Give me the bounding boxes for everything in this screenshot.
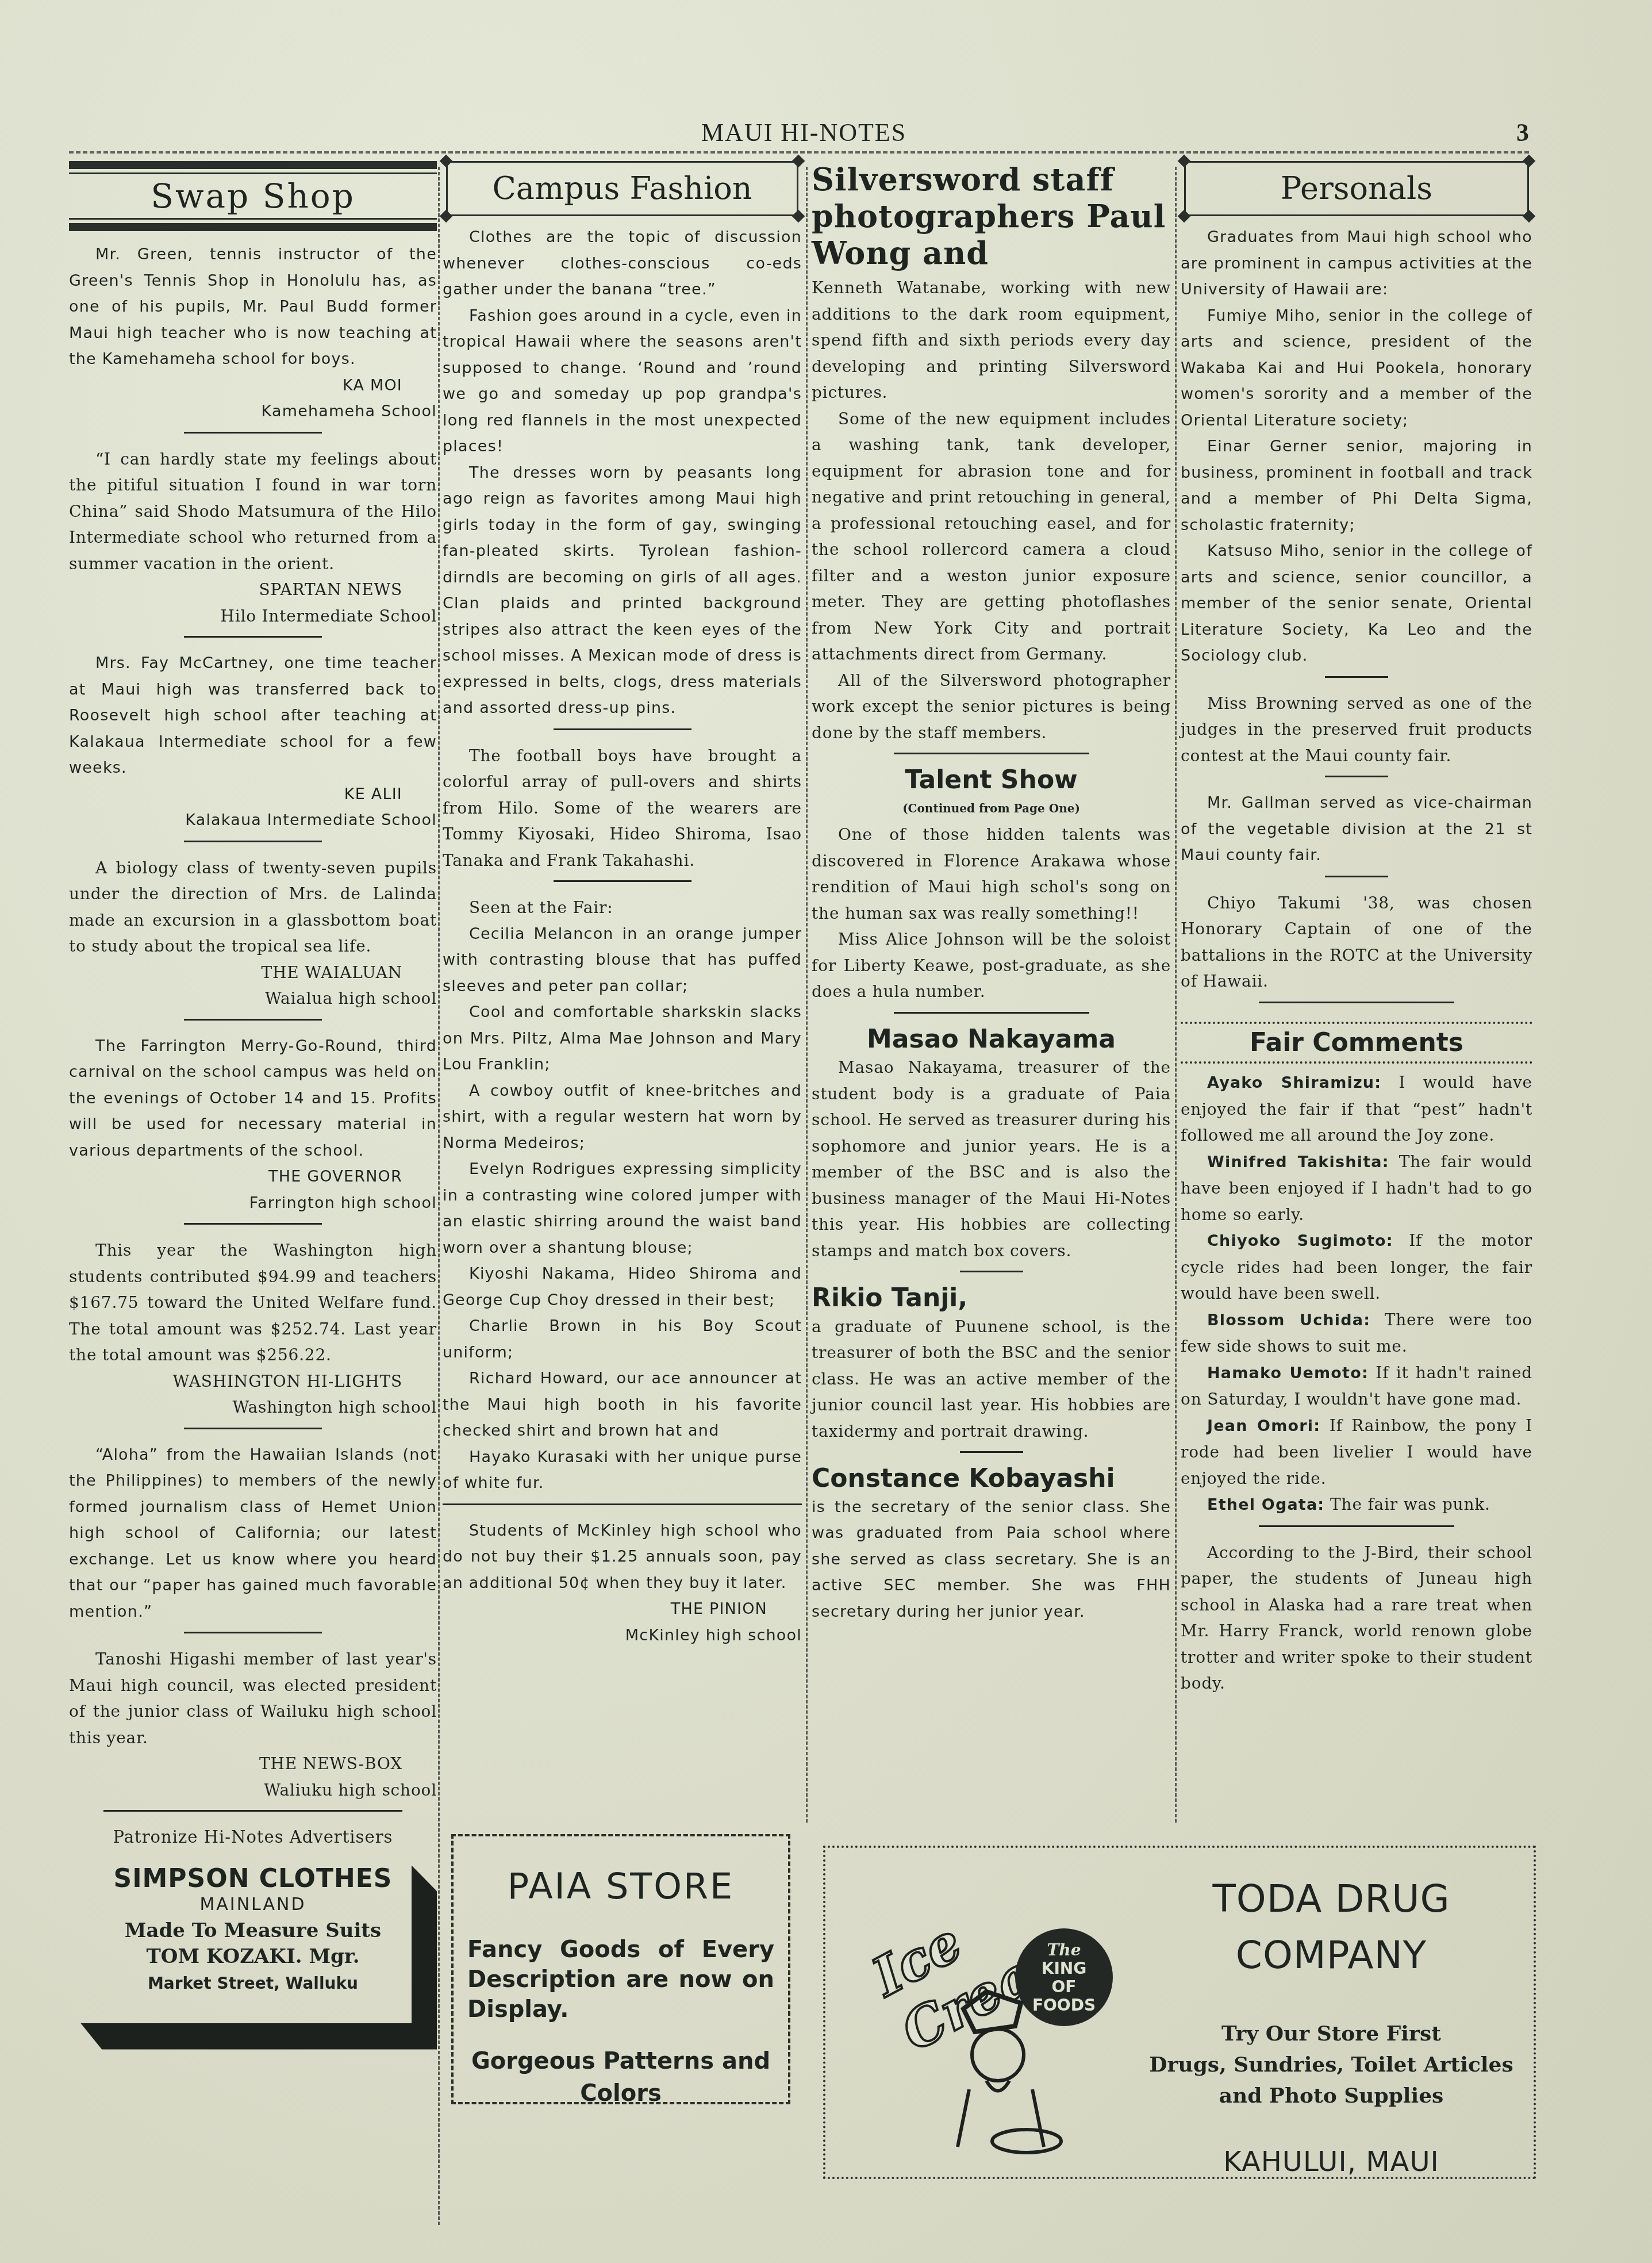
commenter-name: Jean Omori:: [1207, 1417, 1320, 1435]
source-school: McKinley high school: [443, 1623, 802, 1649]
article-paragraph: One of those hidden talents was discover…: [812, 822, 1171, 926]
divider: [1325, 676, 1388, 678]
article-paragraph: The football boys have brought a colorfu…: [443, 743, 802, 874]
fair-comment: Blossom Uchida: There were too few side …: [1181, 1307, 1532, 1360]
personal-item: Fumiye Miho, senior in the college of ar…: [1181, 303, 1532, 434]
divider: [443, 1503, 802, 1505]
paper-name: MAUI HI-NOTES: [701, 118, 906, 147]
personals-header: Personals: [1184, 161, 1529, 216]
source-publication: KE ALII: [69, 781, 437, 808]
personal-note: Chiyo Takumi '38, was chosen Honorary Ca…: [1181, 890, 1532, 995]
source-publication: THE PINION: [443, 1596, 802, 1623]
source-publication: THE NEWS-BOX: [69, 1751, 437, 1777]
ad-name: PAIA STORE: [467, 1865, 774, 1907]
personal-note: Miss Browning served as one of the judge…: [1181, 691, 1532, 769]
patronize-note: Patronize Hi-Notes Advertisers: [69, 1824, 437, 1851]
personal-item: Katsuso Miho, senior in the college of a…: [1181, 538, 1532, 669]
article-paragraph: All of the Silversword photographer work…: [812, 668, 1171, 746]
divider: [184, 1019, 322, 1021]
ad-name: TODA DRUG: [1147, 1871, 1515, 1927]
ad-decorative-bar: [80, 2023, 437, 2050]
swap-item-text: A biology class of twenty-seven pupils u…: [69, 855, 437, 960]
article-paragraph: According to the J-Bird, their school pa…: [1181, 1540, 1532, 1697]
divider: [184, 841, 322, 842]
ad-line: Fancy Goods of Every Description are now…: [467, 1935, 774, 2024]
fair-comment: Hamako Uemoto: If it hadn't rained on Sa…: [1181, 1360, 1532, 1413]
source-school: Hilo Intermediate School: [69, 603, 437, 630]
swap-item-text: “I can hardly state my feelings about th…: [69, 446, 437, 577]
source-publication: KA MOI: [69, 373, 437, 399]
masthead-rule: [69, 151, 1529, 154]
profile-name: Masao Nakayama: [812, 1026, 1171, 1053]
swap-item-text: Mr. Green, tennis instructor of the Gree…: [69, 241, 437, 373]
campus-fashion-header: Campus Fashion: [446, 161, 798, 216]
ad-line: Gorgeous Patterns and Colors: [467, 2045, 774, 2109]
seen-item: Richard Howard, our ace announcer at the…: [443, 1366, 802, 1444]
seen-item: A cowboy outfit of knee-britches and shi…: [443, 1078, 802, 1157]
article-paragraph: Graduates from Maui high school who are …: [1181, 224, 1532, 303]
divider: [894, 753, 1089, 754]
article-paragraph: The dresses worn by peasants long ago re…: [443, 460, 802, 722]
divider: [554, 880, 691, 882]
wavy-rule: [1181, 1016, 1532, 1024]
article-headline: Silversword staff photographers Paul Won…: [812, 161, 1171, 271]
section-title: Personals: [1186, 163, 1527, 214]
swap-shop-header: Swap Shop: [69, 161, 437, 231]
seen-item: Cecilia Melancon in an orange jumper wit…: [443, 921, 802, 1000]
ad-address: Market Street, Walluku: [69, 1970, 437, 1997]
source-school: Waialua high school: [69, 985, 437, 1012]
seen-item: Cool and comfortable sharkskin slacks on…: [443, 999, 802, 1078]
profile-text: Masao Nakayama, treasurer of the student…: [812, 1054, 1171, 1264]
fair-comments-list: Ayako Shiramizu: I would have enjoyed th…: [1181, 1069, 1532, 1518]
section-title: Fair Comments: [1181, 1030, 1532, 1056]
seen-at-fair-list: Cecilia Melancon in an orange jumper wit…: [443, 921, 802, 1497]
source-school: Kamehameha School: [69, 398, 437, 425]
divider: [103, 1810, 402, 1812]
section-title: Campus Fashion: [448, 163, 797, 214]
column-divider: [438, 167, 440, 2225]
commenter-name: Ayako Shiramizu:: [1207, 1074, 1381, 1092]
seen-item: Charlie Brown in his Boy Scout uniform;: [443, 1313, 802, 1366]
fair-comment: Chiyoko Sugimoto: If the motor cycle rid…: [1181, 1228, 1532, 1307]
column-campus-fashion: Campus Fashion Clothes are the topic of …: [443, 161, 802, 1648]
divider: [184, 636, 322, 638]
divider: [554, 728, 691, 730]
seen-intro: Seen at the Fair:: [443, 895, 802, 921]
divider: [1325, 876, 1388, 877]
fair-comment: Ayako Shiramizu: I would have enjoyed th…: [1181, 1069, 1532, 1149]
personal-item: Einar Gerner senior, majoring in busines…: [1181, 434, 1532, 538]
source-publication: WASHINGTON HI-LIGHTS: [69, 1368, 437, 1395]
source-school: Waliuku high school: [69, 1777, 437, 1804]
ad-tagline: Drugs, Sundries, Toilet Articles and Pho…: [1147, 2049, 1515, 2111]
swap-item-text: Mrs. Fay McCartney, one time teacher at …: [69, 650, 437, 781]
column-silversword: Silversword staff photographers Paul Won…: [812, 161, 1171, 1625]
swap-item-text: This year the Washington high students c…: [69, 1237, 437, 1368]
column-divider: [1175, 167, 1177, 1823]
ad-name: SIMPSON CLOTHES: [69, 1866, 437, 1892]
ad-location: KAHULUI, MAUI: [1147, 2146, 1515, 2178]
article-paragraph: Students of McKinley high school who do …: [443, 1518, 802, 1597]
ad-line: Made To Measure Suits: [69, 1918, 437, 1944]
article-paragraph: Some of the new equipment includes a was…: [812, 406, 1171, 668]
source-school: Farrington high school: [69, 1190, 437, 1217]
divider: [1259, 1525, 1454, 1527]
seen-item: Kiyoshi Nakama, Hideo Shiroma and George…: [443, 1261, 802, 1313]
fair-comment: Winifred Takishita: The fair would have …: [1181, 1149, 1532, 1228]
divider: [184, 432, 322, 434]
source-school: Kalakaua Intermediate School: [69, 807, 437, 834]
continued-note: (Continued from Page One): [812, 796, 1171, 822]
seen-item: Evelyn Rodrigues expressing simplicity i…: [443, 1156, 802, 1261]
divider: [184, 1632, 322, 1633]
article-paragraph: Miss Alice Johnson will be the soloist f…: [812, 926, 1171, 1005]
commenter-name: Hamako Uemoto:: [1207, 1364, 1369, 1382]
swap-item-text: Tanoshi Higashi member of last year's Ma…: [69, 1646, 437, 1751]
ad-line: MAINLAND: [69, 1892, 437, 1918]
profile-text: a graduate of Puunene school, is the tre…: [812, 1314, 1171, 1445]
column-swap-shop: Swap Shop Mr. Green, tennis instructor o…: [69, 161, 437, 2050]
king-figure-icon: [923, 1986, 1096, 2158]
commenter-name: Blossom Uchida:: [1207, 1311, 1370, 1329]
source-school: Washington high school: [69, 1394, 437, 1421]
ad-simpson-clothes: SIMPSON CLOTHES MAINLAND Made To Measure…: [69, 1866, 437, 2050]
source-publication: SPARTAN NEWS: [69, 577, 437, 603]
fair-comment: Ethel Ogata: The fair was punk.: [1181, 1491, 1532, 1518]
ad-name: COMPANY: [1147, 1927, 1515, 1984]
section-title: Swap Shop: [69, 169, 437, 223]
page-number: 3: [1516, 118, 1529, 147]
column-divider: [806, 167, 808, 1823]
article-headline: Talent Show: [812, 767, 1171, 793]
commenter-name: Winifred Takishita:: [1207, 1153, 1389, 1171]
newspaper-page: MAUI HI-NOTES 3 Swap Shop Mr. Green, ten…: [0, 0, 1652, 2263]
column-personals: Personals Graduates from Maui high schoo…: [1181, 161, 1532, 1697]
comment-text: The fair was punk.: [1330, 1495, 1490, 1514]
ad-decorative-bar: [412, 1866, 437, 2050]
swap-item-text: The Farrington Merry-Go-Round, third car…: [69, 1033, 437, 1164]
divider: [960, 1271, 1023, 1272]
ad-paia-store: PAIA STORE Fancy Goods of Every Descript…: [451, 1834, 790, 2104]
fair-comment: Jean Omori: If Rainbow, the pony I rode …: [1181, 1413, 1532, 1492]
profile-text: is the secretary of the senior class. Sh…: [812, 1494, 1171, 1625]
swap-item-text: “Aloha” from the Hawaiian Islands (not t…: [69, 1442, 437, 1625]
article-paragraph: Clothes are the topic of discussion when…: [443, 224, 802, 303]
divider: [960, 1451, 1023, 1453]
source-publication: THE WAIALUAN: [69, 960, 437, 986]
profile-name: Constance Kobayashi: [812, 1466, 1171, 1492]
divider: [184, 1223, 322, 1225]
divider: [1259, 1002, 1454, 1003]
ad-toda-drug: Ice Cream The KING OF FOODS TODA DRUG CO…: [823, 1846, 1536, 2179]
divider: [894, 1012, 1089, 1014]
commenter-name: Ethel Ogata:: [1207, 1496, 1324, 1514]
ad-tagline: Try Our Store First: [1147, 2018, 1515, 2049]
article-paragraph: Fashion goes around in a cycle, even in …: [443, 303, 802, 460]
divider: [184, 1428, 322, 1429]
swap-shop-items: Mr. Green, tennis instructor of the Gree…: [69, 241, 437, 1803]
source-publication: THE GOVERNOR: [69, 1164, 437, 1190]
ice-cream-king-illustration: Ice Cream The KING OF FOODS: [860, 1871, 1124, 2158]
divider: [1325, 776, 1388, 777]
ad-manager: TOM KOZAKI. Mgr.: [69, 1944, 437, 1970]
commenter-name: Chiyoko Sugimoto:: [1207, 1232, 1393, 1250]
profile-name: Rikio Tanji,: [812, 1285, 1171, 1311]
masthead: MAUI HI-NOTES 3: [69, 118, 1529, 152]
article-paragraph: Kenneth Watanabe, working with new addit…: [812, 275, 1171, 406]
personal-note: Mr. Gallman served as vice-chairman of t…: [1181, 790, 1532, 869]
seen-item: Hayako Kurasaki with her unique purse of…: [443, 1444, 802, 1497]
